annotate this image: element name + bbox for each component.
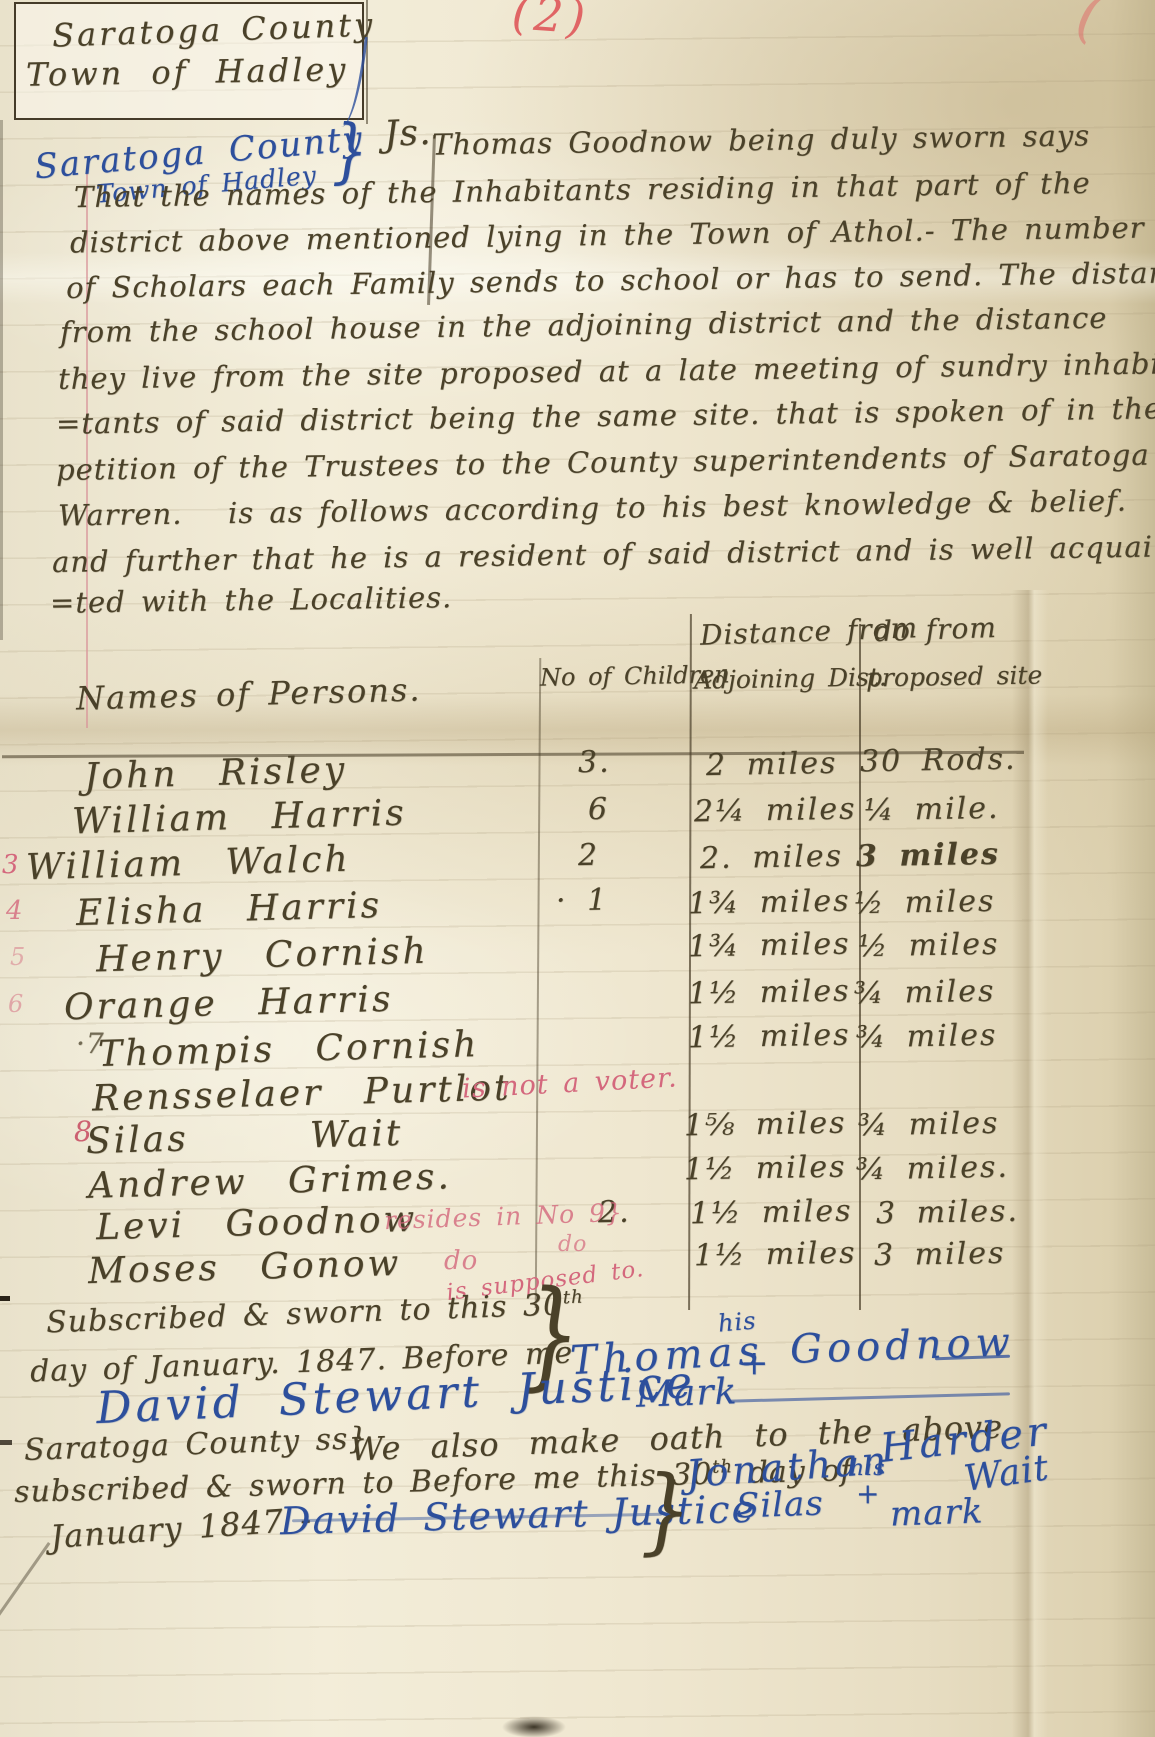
row-name: Andrew Grimes. xyxy=(88,1159,453,1205)
row-name: Thompis Cornish xyxy=(98,1027,480,1073)
row-proposed: 3 miles xyxy=(856,840,1000,873)
document-page: Saratoga County Town of Hadley (2) ( Sar… xyxy=(0,0,1155,1737)
jurat-marker: Js. xyxy=(383,115,432,153)
row-margin-number: 4 xyxy=(6,898,24,924)
row-adjoining: 1⅝ miles xyxy=(684,1109,847,1142)
col-header-adjoining: Adjoining Dist. xyxy=(694,664,887,692)
row-name: Silas Wait xyxy=(86,1116,404,1160)
row-proposed: ¾ miles xyxy=(854,977,996,1009)
row-margin-number: 5 xyxy=(10,945,26,969)
witness2-first: Silas xyxy=(735,1486,824,1523)
row-adjoining: 2 miles xyxy=(706,749,838,781)
crease-vertical xyxy=(1012,590,1048,1737)
row-name: Orange Harris xyxy=(64,982,394,1027)
row-name: Moses Gonow xyxy=(88,1246,402,1290)
edge-dash xyxy=(0,1440,12,1445)
ink-smudge xyxy=(502,1716,566,1737)
row-proposed: ½ miles xyxy=(854,887,996,919)
edge-dash xyxy=(0,1296,10,1301)
row-name: Levi Goodnow xyxy=(96,1202,418,1246)
row-adjoining: 2¼ miles xyxy=(694,795,857,828)
row-adjoining: 1¾ miles xyxy=(688,887,851,920)
row-proposed: ½ miles xyxy=(858,930,1000,962)
row-margin-number: 8 xyxy=(74,1118,93,1146)
table-divider-adjoining xyxy=(859,624,861,1310)
row-name: Elisha Harris xyxy=(76,888,383,932)
row-adjoining: 1¾ miles xyxy=(688,930,851,963)
row-proposed: 3 miles xyxy=(874,1239,1006,1271)
row-proposed: 30 Rods. xyxy=(860,745,1017,778)
row-proposed: 3 miles. xyxy=(876,1197,1019,1229)
header-box-town: Town of Hadley xyxy=(26,53,349,91)
row-name: William Walch xyxy=(26,842,352,886)
col-header-names: Names of Persons. xyxy=(76,673,422,714)
row-children: · 1 xyxy=(556,886,609,917)
row-margin-number: 3 xyxy=(2,852,20,878)
row-margin-number: ·7 xyxy=(76,1030,105,1058)
row-adjoining: 1½ miles xyxy=(688,1021,851,1054)
row-margin-number: 6 xyxy=(8,992,24,1016)
row-proposed: ¾ miles. xyxy=(856,1153,1009,1186)
row-adjoining: 1½ miles xyxy=(694,1239,857,1272)
row-children: 2 xyxy=(578,841,600,871)
row-proposed: ¾ miles xyxy=(856,1021,998,1053)
row-adjoining: 1½ miles xyxy=(690,1197,853,1230)
jurat2-brace: } xyxy=(641,1464,693,1558)
row-adjoining: 1½ miles xyxy=(688,977,851,1010)
col-header-proposed: proposed site xyxy=(866,662,1043,690)
page-number: (2) xyxy=(510,0,590,41)
left-edge-shadow xyxy=(0,120,3,640)
row-children: 6 xyxy=(588,795,610,825)
row-annotation: do xyxy=(558,1234,587,1256)
row-name: William Harris xyxy=(72,796,408,841)
row-proposed: ¾ miles xyxy=(858,1109,1000,1141)
mark-last-name: Goodnow xyxy=(789,1322,1015,1370)
row-annotation: do xyxy=(444,1248,478,1274)
mark-cross: + xyxy=(740,1346,770,1380)
body-line: =ted with the Localities. xyxy=(50,583,453,618)
row-name: John Risley xyxy=(84,753,348,796)
witness2-cross: + xyxy=(856,1480,880,1508)
row-adjoining: 2. miles xyxy=(700,842,843,874)
row-adjoining: 1½ miles xyxy=(684,1153,847,1186)
witness2-mark: mark xyxy=(889,1494,984,1531)
row-name: Henry Cornish xyxy=(96,934,430,979)
mark-word: Mark xyxy=(635,1374,738,1414)
row-children: 3. xyxy=(578,748,611,779)
row-proposed: ¼ mile. xyxy=(864,794,1000,826)
col-header-do-from: do from xyxy=(874,614,998,646)
